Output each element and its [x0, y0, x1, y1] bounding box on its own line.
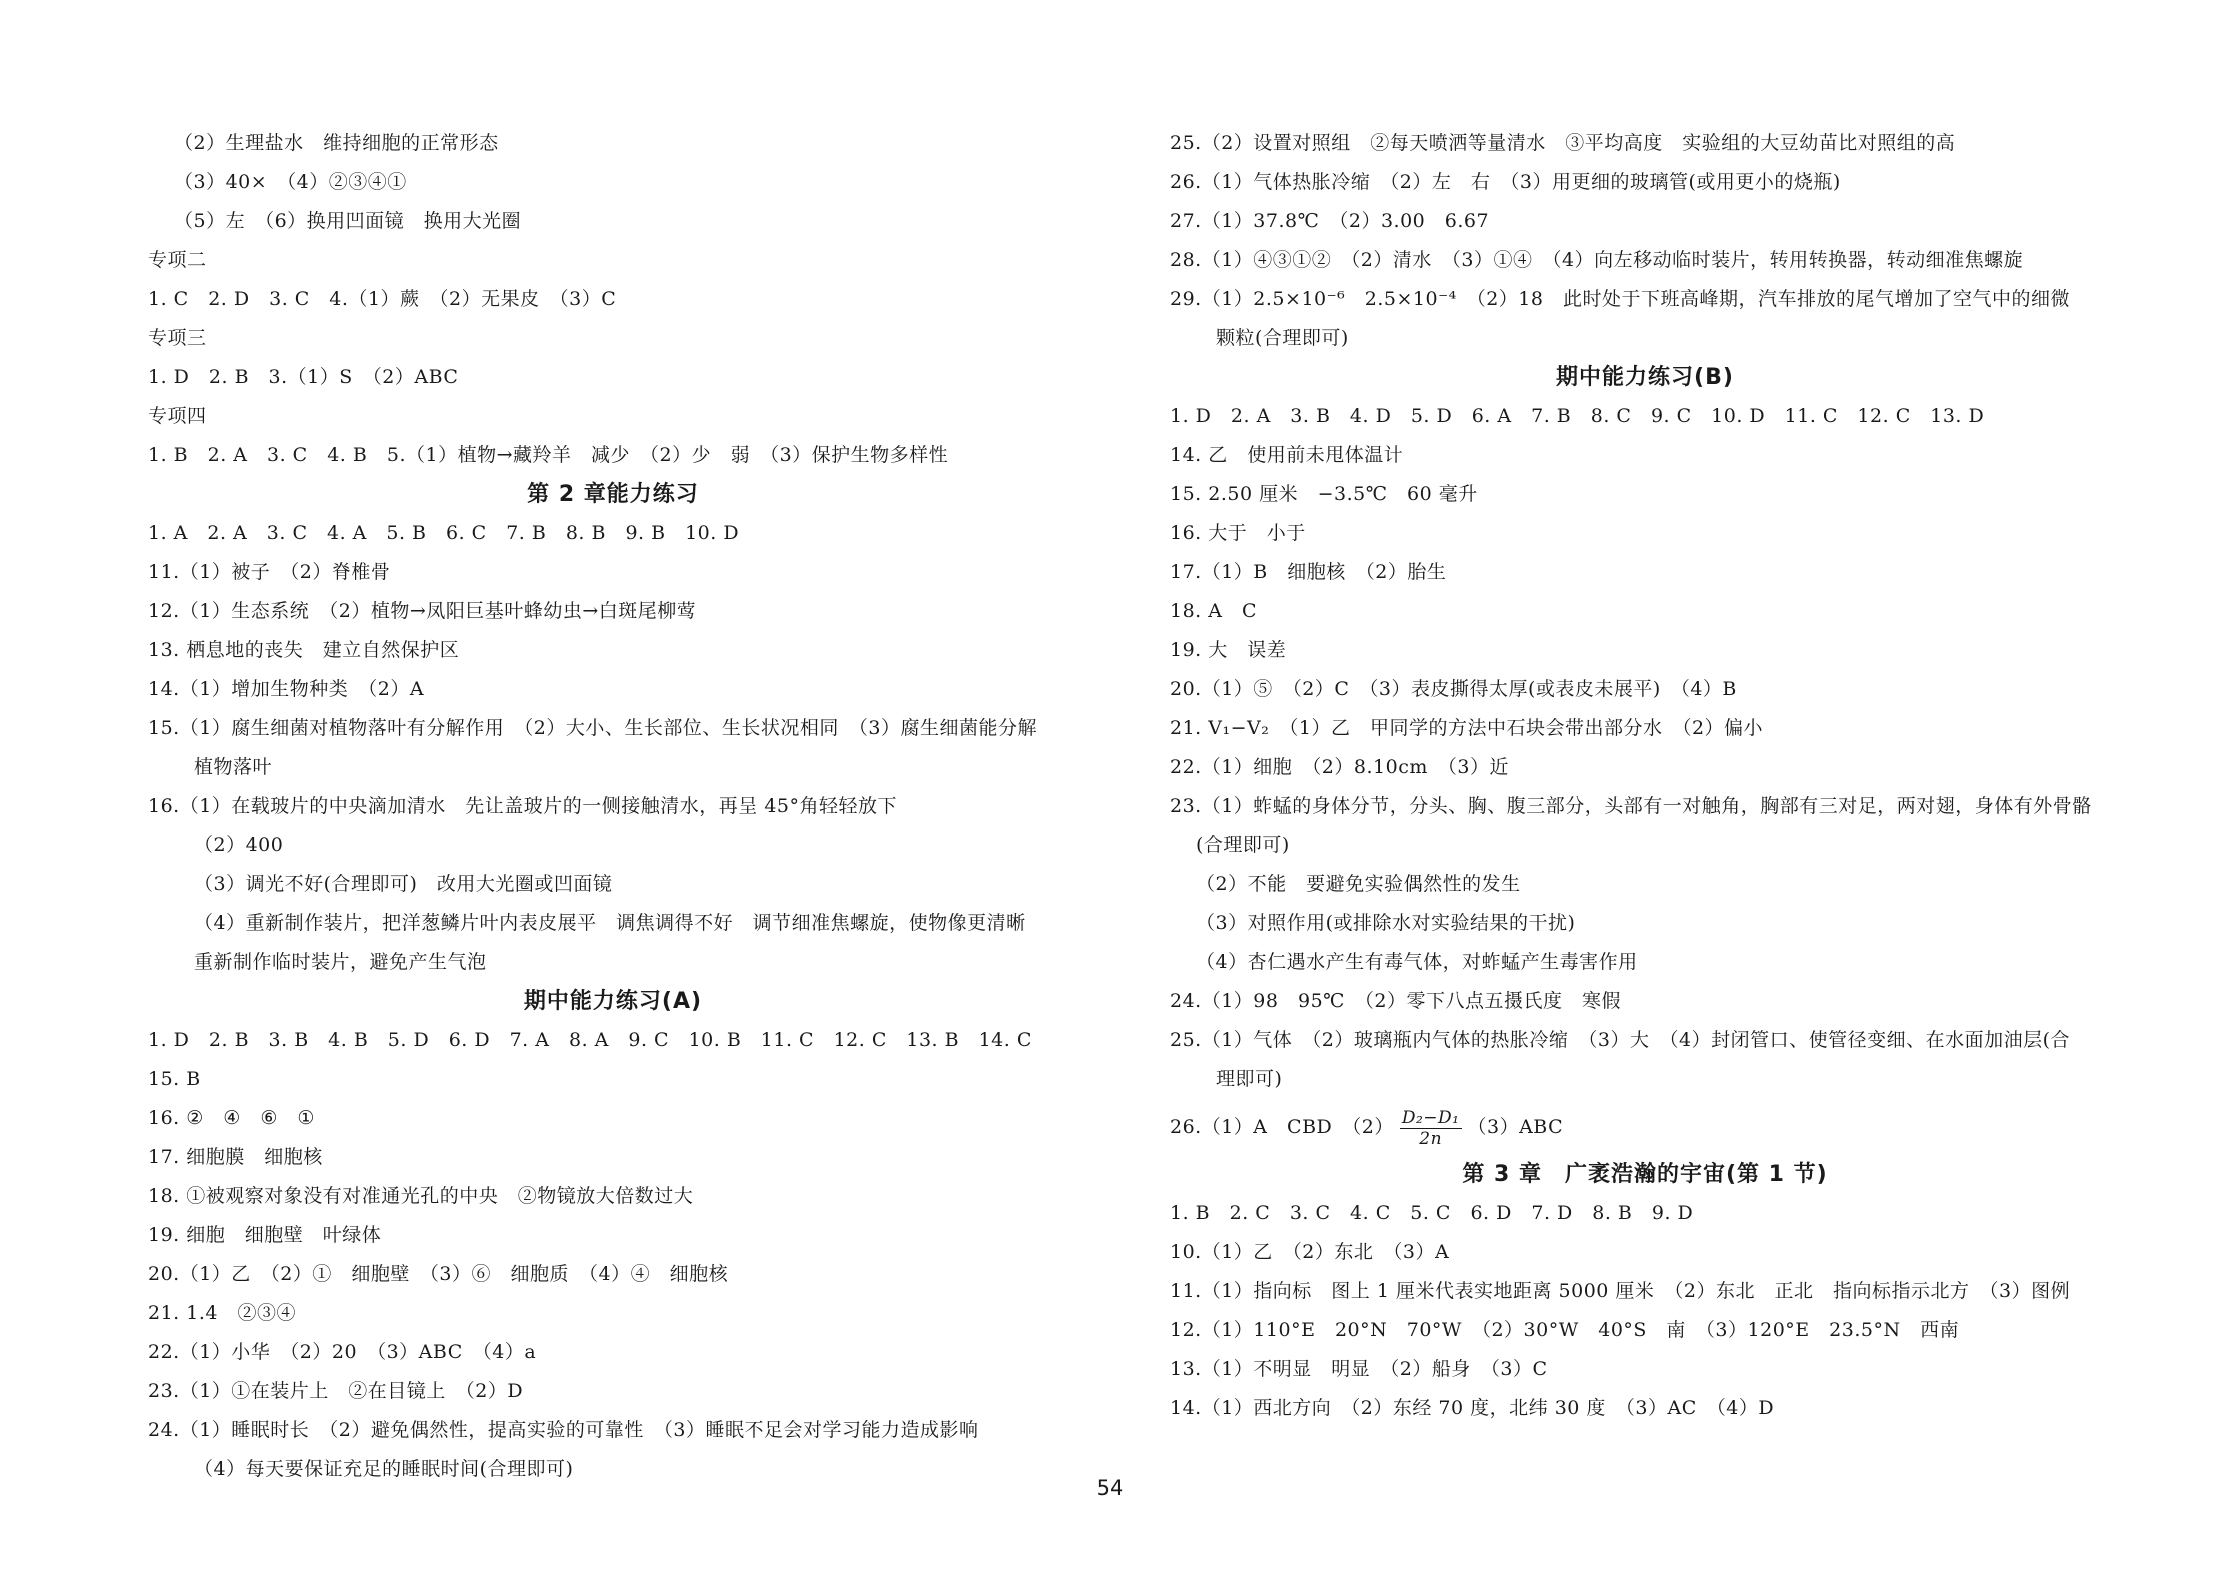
fraction-denominator: 2n: [1400, 1129, 1462, 1149]
answer-line: （2）生理盐水 维持细胞的正常形态: [148, 124, 1078, 163]
answer-line: 25.（2）设置对照组 ②每天喷洒等量清水 ③平均高度 实验组的大豆幼苗比对照组…: [1170, 124, 2120, 163]
answer-line: 23.（1）①在装片上 ②在目镜上 （2）D: [148, 1372, 1078, 1411]
answer-line: 18. A C: [1170, 592, 2120, 631]
section-heading: 期中能力练习(B): [1170, 358, 2120, 397]
answer-line: 16. ② ④ ⑥ ①: [148, 1099, 1078, 1138]
section-heading: 第 2 章能力练习: [148, 475, 1078, 514]
answer-line: （3）40× （4）②③④①: [148, 163, 1078, 202]
answer-line: 11.（1）指向标 图上 1 厘米代表实地距离 5000 厘米 （2）东北 正北…: [1170, 1272, 2120, 1311]
answer-line: 17. 细胞膜 细胞核: [148, 1138, 1078, 1177]
answer-line: 26.（1）气体热胀冷缩 （2）左 右 （3）用更细的玻璃管(或用更小的烧瓶): [1170, 163, 2120, 202]
answer-line: 15.（1）腐生细菌对植物落叶有分解作用 （2）大小、生长部位、生长状况相同 （…: [148, 709, 1078, 748]
answer-line: 11.（1）被子 （2）脊椎骨: [148, 553, 1078, 592]
fraction: D₂−D₁2n: [1400, 1108, 1462, 1149]
answer-line: 1. D 2. A 3. B 4. D 5. D 6. A 7. B 8. C …: [1170, 397, 2120, 436]
answer-line: 29.（1）2.5×10⁻⁶ 2.5×10⁻⁴ （2）18 此时处于下班高峰期，…: [1170, 280, 2120, 319]
answer-prefix: 26.（1）A CBD （2）: [1170, 1116, 1394, 1138]
answer-line: (合理即可): [1170, 826, 2120, 865]
answer-line: 16.（1）在载玻片的中央滴加清水 先让盖玻片的一侧接触清水，再呈 45°角轻轻…: [148, 787, 1078, 826]
answer-line: 20.（1）乙 （2）① 细胞壁 （3）⑥ 细胞质 （4）④ 细胞核: [148, 1255, 1078, 1294]
answer-line: 10.（1）乙 （2）东北 （3）A: [1170, 1233, 2120, 1272]
answer-line: 理即可): [1170, 1060, 2120, 1099]
answer-line: 12.（1）110°E 20°N 70°W （2）30°W 40°S 南 （3）…: [1170, 1311, 2120, 1350]
answer-line: 22.（1）细胞 （2）8.10cm （3）近: [1170, 748, 2120, 787]
answer-line: （3）对照作用(或排除水对实验结果的干扰): [1170, 904, 2120, 943]
answer-line: 14.（1）西北方向 （2）东经 70 度，北纬 30 度 （3）AC （4）D: [1170, 1389, 2120, 1428]
answer-line: （3）调光不好(合理即可) 改用大光圈或凹面镜: [148, 865, 1078, 904]
section-heading: 期中能力练习(A): [148, 982, 1078, 1021]
answer-line: 24.（1）睡眠时长 （2）避免偶然性，提高实验的可靠性 （3）睡眠不足会对学习…: [148, 1411, 1078, 1450]
answer-line: 19. 大 误差: [1170, 631, 2120, 670]
answer-line-fraction: 26.（1）A CBD （2）D₂−D₁2n（3）ABC: [1170, 1099, 2120, 1155]
answer-line: 13.（1）不明显 明显 （2）船身 （3）C: [1170, 1350, 2120, 1389]
answer-line: （4）重新制作装片，把洋葱鳞片叶内表皮展平 调焦调得不好 调节细准焦螺旋，使物像…: [148, 904, 1078, 943]
answer-line: 13. 栖息地的丧失 建立自然保护区: [148, 631, 1078, 670]
answer-line: 颗粒(合理即可): [1170, 319, 2120, 358]
right-column: 25.（2）设置对照组 ②每天喷洒等量清水 ③平均高度 实验组的大豆幼苗比对照组…: [1170, 124, 2120, 1428]
answer-line: （2）不能 要避免实验偶然性的发生: [1170, 865, 2120, 904]
answer-line: 21. 1.4 ②③④: [148, 1294, 1078, 1333]
answer-line: 12.（1）生态系统 （2）植物→凤阳巨基叶蜂幼虫→白斑尾柳莺: [148, 592, 1078, 631]
answer-line: 21. V₁−V₂ （1）乙 甲同学的方法中石块会带出部分水 （2）偏小: [1170, 709, 2120, 748]
answer-line: 14.（1）增加生物种类 （2）A: [148, 670, 1078, 709]
answer-line: 25.（1）气体 （2）玻璃瓶内气体的热胀冷缩 （3）大 （4）封闭管口、使管径…: [1170, 1021, 2120, 1060]
answer-line: 16. 大于 小于: [1170, 514, 2120, 553]
answer-line: 1. B 2. C 3. C 4. C 5. C 6. D 7. D 8. B …: [1170, 1194, 2120, 1233]
answer-line: 19. 细胞 细胞壁 叶绿体: [148, 1216, 1078, 1255]
section-heading: 第 3 章 广袤浩瀚的宇宙(第 1 节): [1170, 1155, 2120, 1194]
answer-line: 23.（1）蚱蜢的身体分节，分头、胸、腹三部分，头部有一对触角，胸部有三对足，两…: [1170, 787, 2120, 826]
answer-line: （2）400: [148, 826, 1078, 865]
answer-line: 15. B: [148, 1060, 1078, 1099]
answer-line: 24.（1）98 95℃ （2）零下八点五摄氏度 寒假: [1170, 982, 2120, 1021]
answer-line: 重新制作临时装片，避免产生气泡: [148, 943, 1078, 982]
answer-line: 15. 2.50 厘米 −3.5℃ 60 毫升: [1170, 475, 2120, 514]
answer-line: 20.（1）⑤ （2）C （3）表皮撕得太厚(或表皮未展平) （4）B: [1170, 670, 2120, 709]
answer-line: 28.（1）④③①② （2）清水 （3）①④ （4）向左移动临时装片，转用转换器…: [1170, 241, 2120, 280]
answer-line: 专项三: [148, 319, 1078, 358]
answer-line: （5）左 （6）换用凹面镜 换用大光圈: [148, 202, 1078, 241]
answer-line: 22.（1）小华 （2）20 （3）ABC （4）a: [148, 1333, 1078, 1372]
left-column: （2）生理盐水 维持细胞的正常形态（3）40× （4）②③④①（5）左 （6）换…: [148, 124, 1078, 1489]
answer-line: 专项二: [148, 241, 1078, 280]
answer-line: 1. D 2. B 3. B 4. B 5. D 6. D 7. A 8. A …: [148, 1021, 1078, 1060]
answer-line: 14. 乙 使用前未甩体温计: [1170, 436, 2120, 475]
answer-line: 27.（1）37.8℃ （2）3.00 6.67: [1170, 202, 2120, 241]
answer-line: 专项四: [148, 397, 1078, 436]
page-number: 54: [0, 1476, 2220, 1500]
answer-line: 18. ①被观察对象没有对准通光孔的中央 ②物镜放大倍数过大: [148, 1177, 1078, 1216]
answer-line: 植物落叶: [148, 748, 1078, 787]
answer-line: 1. C 2. D 3. C 4.（1）蕨 （2）无果皮 （3）C: [148, 280, 1078, 319]
answer-line: （4）杏仁遇水产生有毒气体，对蚱蜢产生毒害作用: [1170, 943, 2120, 982]
answer-line: 1. A 2. A 3. C 4. A 5. B 6. C 7. B 8. B …: [148, 514, 1078, 553]
answer-suffix: （3）ABC: [1468, 1116, 1564, 1138]
answer-line: 1. B 2. A 3. C 4. B 5.（1）植物→藏羚羊 减少 （2）少 …: [148, 436, 1078, 475]
answer-line: 1. D 2. B 3.（1）S （2）ABC: [148, 358, 1078, 397]
answer-line: 17.（1）B 细胞核 （2）胎生: [1170, 553, 2120, 592]
fraction-numerator: D₂−D₁: [1400, 1108, 1462, 1129]
